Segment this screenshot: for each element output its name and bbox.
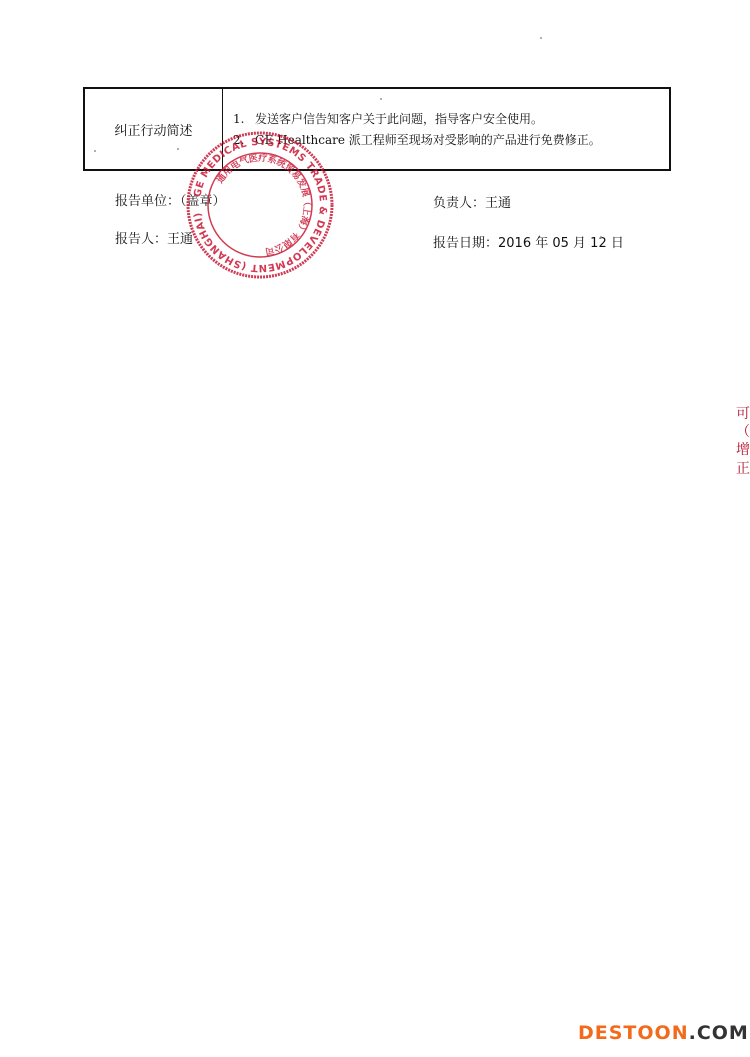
reporter-value: 王通: [167, 232, 193, 247]
action-item-number: 1.: [233, 112, 255, 126]
action-item: 2.GE Healthcare 派工程师至现场对受影响的产品进行免费修正。: [233, 131, 601, 148]
responsible-person-label: 负责人：: [433, 196, 485, 211]
action-item-number: 2.: [233, 133, 255, 147]
report-unit-field: 报告单位：（盖章）: [115, 190, 226, 209]
action-item-text: 发送客户信告知客户关于此问题，指导客户安全使用。: [255, 112, 543, 126]
destoon-watermark: DESTOON.COM: [578, 1022, 749, 1044]
report-unit-label: 报告单位：: [115, 194, 180, 209]
watermark-part1: DESTOON: [578, 1022, 689, 1044]
responsible-person-value: 王通: [485, 196, 511, 211]
edge-seal-fragment: 可（ 增正: [736, 405, 750, 555]
report-date-value: 2016 年 05 月 12 日: [498, 236, 624, 251]
scan-speck: [540, 37, 542, 39]
watermark-part2: .COM: [689, 1022, 749, 1044]
reporter-field: 报告人：王通: [115, 228, 193, 247]
responsible-person-field: 负责人：王通: [433, 192, 511, 211]
corrective-action-content: 1.发送客户信告知客户关于此问题，指导客户安全使用。 2.GE Healthca…: [223, 89, 669, 169]
scan-speck: [177, 148, 179, 150]
scan-speck: [94, 150, 96, 152]
report-date-label: 报告日期：: [433, 236, 498, 251]
scan-speck: [380, 98, 382, 100]
action-item-text: GE Healthcare 派工程师至现场对受影响的产品进行免费修正。: [255, 133, 601, 147]
scan-speck: [600, 236, 602, 238]
report-unit-value: （盖章）: [180, 194, 226, 209]
reporter-label: 报告人：: [115, 232, 167, 247]
action-item: 1.发送客户信告知客户关于此问题，指导客户安全使用。: [233, 110, 543, 127]
corrective-action-table: 纠正行动简述 1.发送客户信告知客户关于此问题，指导客户安全使用。 2.GE H…: [83, 87, 671, 171]
corrective-action-label: 纠正行动简述: [85, 89, 223, 169]
report-date-field: 报告日期：2016 年 05 月 12 日: [433, 232, 624, 251]
